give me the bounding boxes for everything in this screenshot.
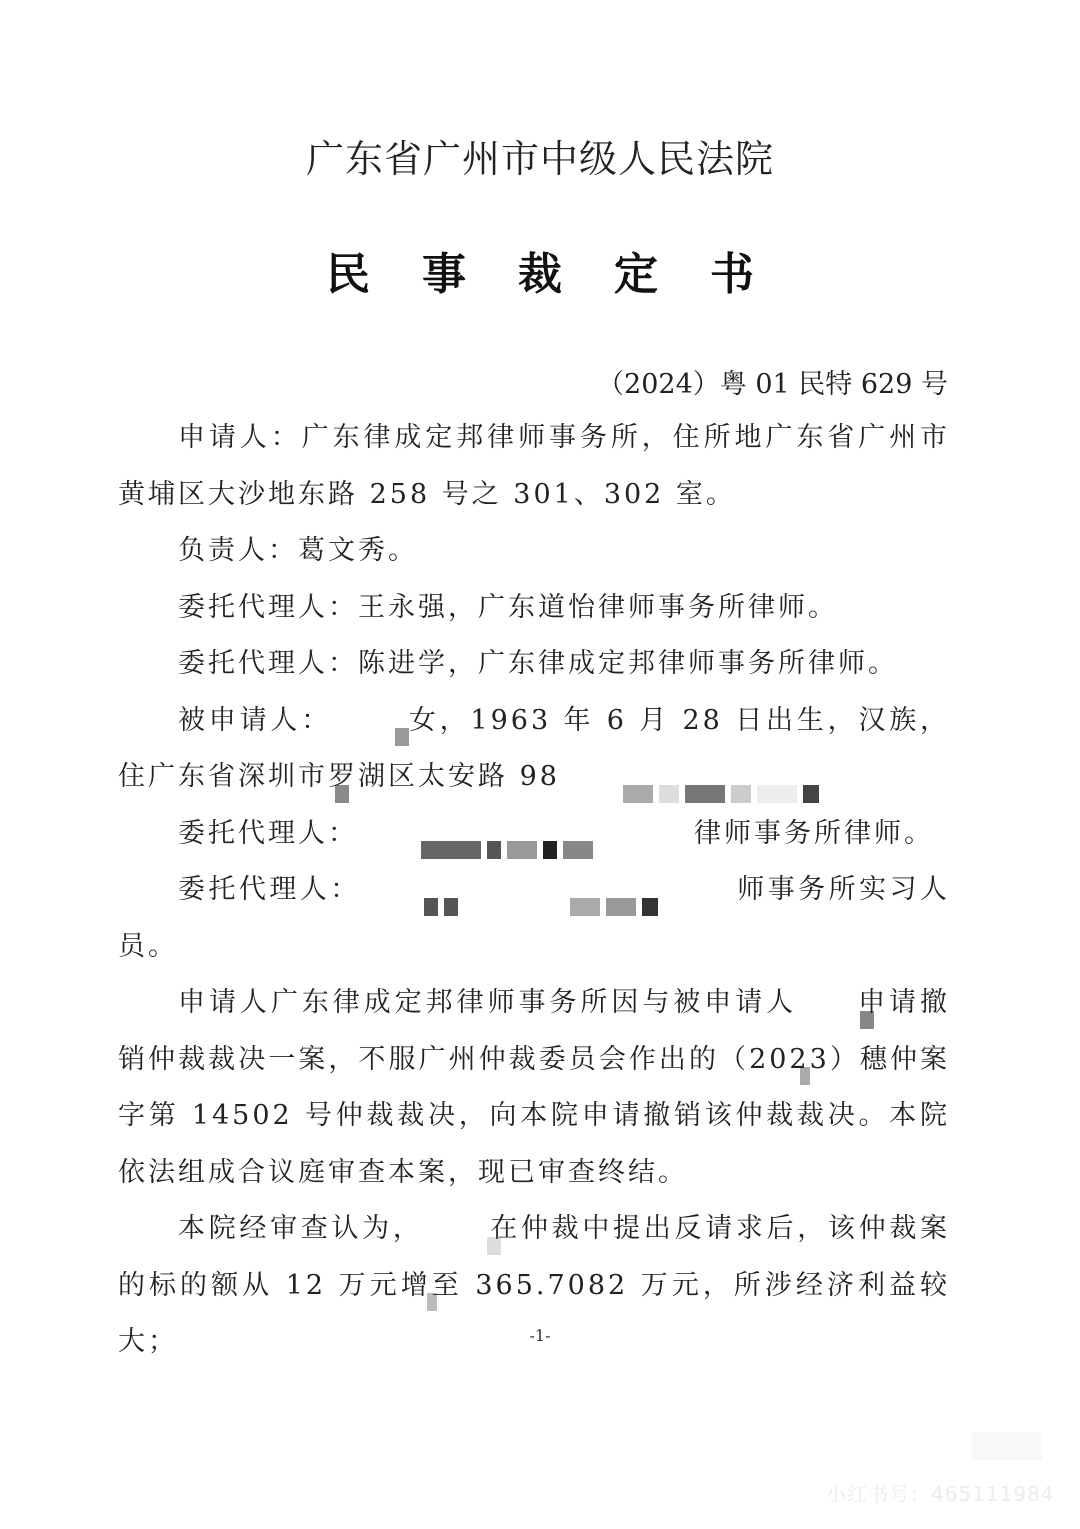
paragraph-respondent: 被申请人：女，1963 年 6 月 28 日出生，汉族，住广东省深圳市罗湖区太安… [118,693,950,806]
court-name: 广东省广州市中级人民法院 [0,128,1080,183]
document-title: 民事裁定书 [0,238,1080,302]
redacted-respondent-name [800,993,854,1015]
watermark-logo [972,1432,1042,1460]
finding-start: 本院经审查认为， [178,1213,424,1244]
redacted-address [563,767,923,789]
redacted-agent-3 [361,823,691,845]
case-number: （2024）粤 01 民特 629 号 [597,362,948,401]
redacted-name [335,710,405,732]
page-number: -1- [0,1326,1080,1345]
paragraph-finding: 本院经审查认为，在仲裁中提出反请求后，该仲裁案的标的额从 12 万元增至 365… [118,1201,950,1371]
agent-4-label: 委托代理人： [178,874,361,905]
watermark: 小红书号：465111984 [826,1478,1055,1507]
paragraph-agent-4: 委托代理人：师事务所实习人员。 [118,862,950,975]
paragraph-applicant: 申请人：广东律成定邦律师事务所，住所地广东省广州市黄埔区大沙地东路 258 号之… [118,410,950,523]
case-intro-start: 申请人广东律成定邦律师事务所因与被申请人 [178,987,797,1018]
respondent-label: 被申请人： [178,705,332,736]
paragraph-agent-2: 委托代理人：陈进学，广东律成定邦律师事务所律师。 [118,636,950,693]
redacted-respondent-name-2 [427,1219,487,1241]
paragraph-person-in-charge: 负责人：葛文秀。 [118,523,950,580]
agent-3-firm: 律师事务所律师。 [694,818,934,849]
document-body: 申请人：广东律成定邦律师事务所，住所地广东省广州市黄埔区大沙地东路 258 号之… [118,410,950,1371]
paragraph-agent-1: 委托代理人：王永强，广东道怡律师事务所律师。 [118,580,950,637]
paragraph-case-intro: 申请人广东律成定邦律师事务所因与被申请人申请撤销仲裁裁决一案，不服广州仲裁委员会… [118,975,950,1201]
redacted-agent-4 [364,880,734,902]
agent-3-label: 委托代理人： [178,818,358,849]
paragraph-agent-3: 委托代理人：律师事务所律师。 [118,806,950,863]
